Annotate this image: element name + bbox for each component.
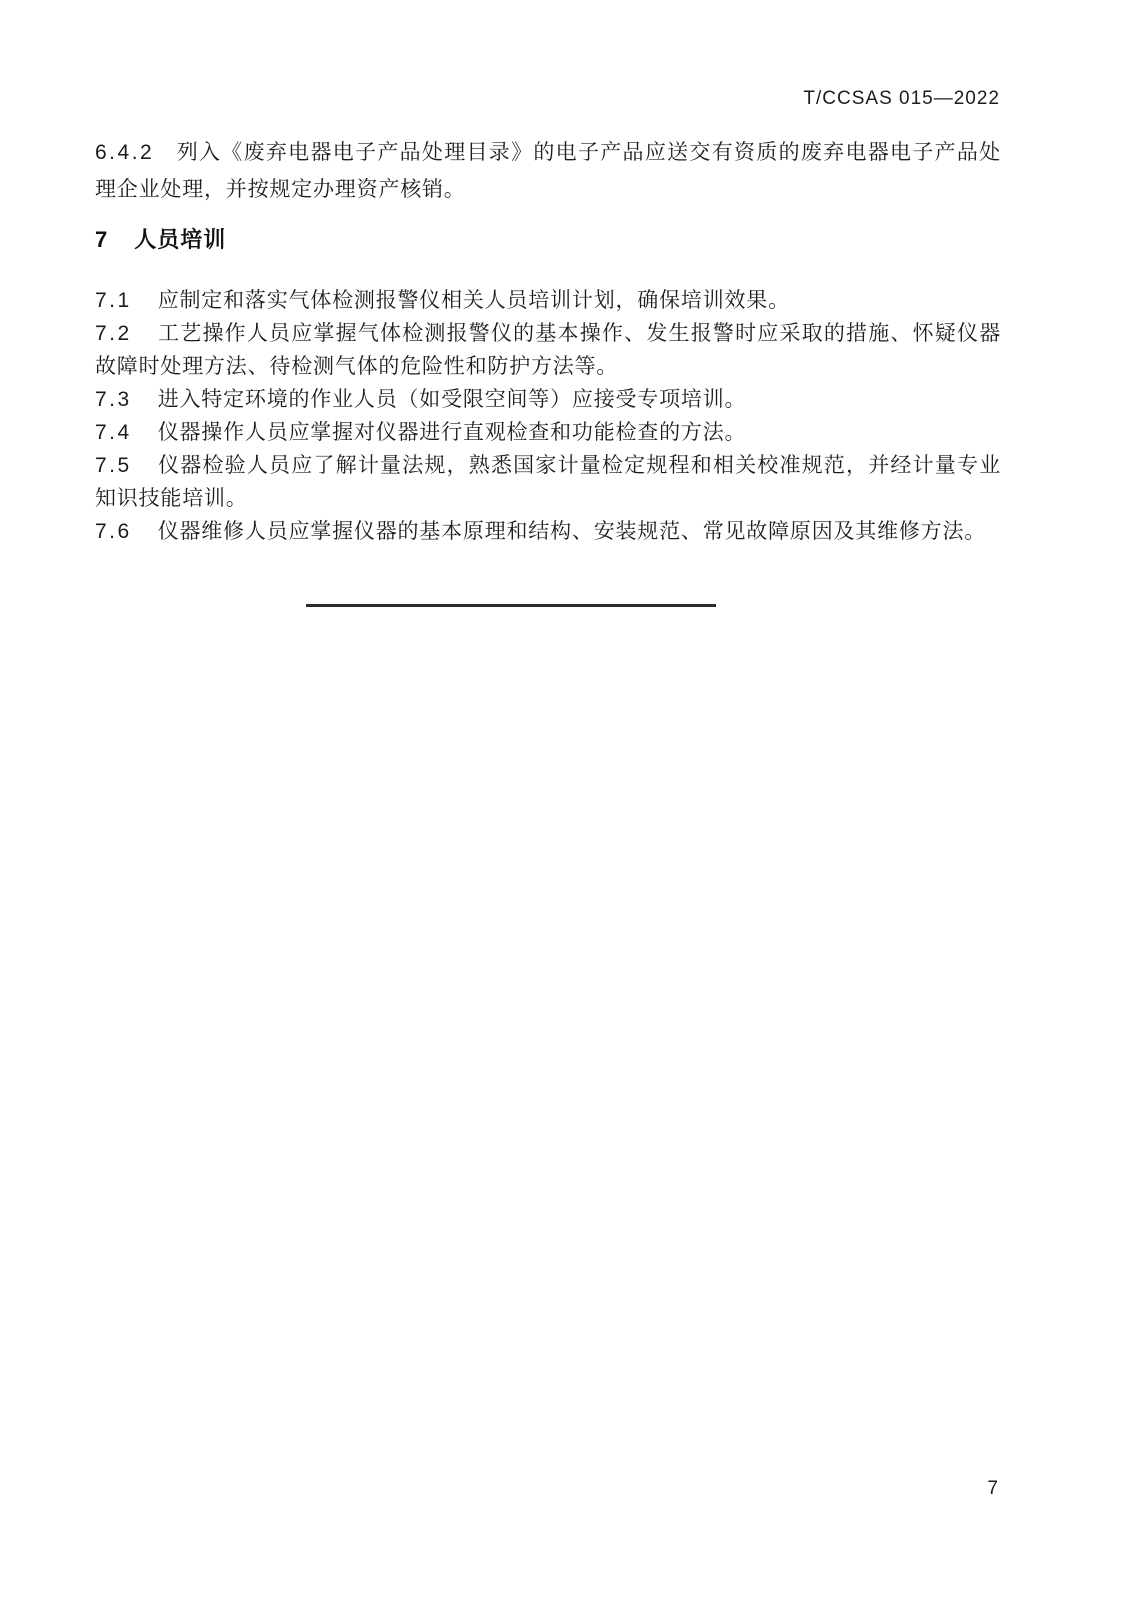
clause-7-5-number: 7.5 [95, 454, 132, 477]
clause-7-1: 7.1应制定和落实气体检测报警仪相关人员培训计划，确保培训效果。 [95, 284, 1001, 317]
clause-7-4-text: 仪器操作人员应掌握对仪器进行直观检查和功能检查的方法。 [158, 420, 747, 444]
clause-7-2-number: 7.2 [95, 322, 132, 345]
page-header: T/CCSAS 015—2022 [803, 88, 1000, 110]
section-7-title: 人员培训 [134, 227, 226, 252]
page-footer: 7 [987, 1478, 998, 1500]
section-7-number: 7 [95, 227, 108, 252]
clause-7-2: 7.2工艺操作人员应掌握气体检测报警仪的基本操作、发生报警时应采取的措施、怀疑仪… [95, 317, 1001, 383]
end-of-document-divider [306, 604, 716, 607]
document-code: T/CCSAS 015—2022 [803, 88, 1000, 109]
clause-7-4-number: 7.4 [95, 421, 132, 444]
clause-6-4-2-text: 列入《废弃电器电子产品处理目录》的电子产品应送交有资质的废弃电器电子产品处理企业… [95, 140, 1001, 201]
clause-6-4-2-number: 6.4.2 [95, 141, 154, 164]
document-page: T/CCSAS 015—2022 6.4.2列入《废弃电器电子产品处理目录》的电… [0, 0, 1131, 1600]
clause-7-6-text: 仪器维修人员应掌握仪器的基本原理和结构、安装规范、常见故障原因及其维修方法。 [158, 519, 986, 543]
section-7-clause-list: 7.1应制定和落实气体检测报警仪相关人员培训计划，确保培训效果。 7.2工艺操作… [95, 284, 1001, 548]
clause-7-4: 7.4仪器操作人员应掌握对仪器进行直观检查和功能检查的方法。 [95, 416, 1001, 449]
clause-7-2-text: 工艺操作人员应掌握气体检测报警仪的基本操作、发生报警时应采取的措施、怀疑仪器故障… [95, 321, 1001, 378]
section-7-heading: 7人员培训 [95, 224, 1001, 256]
page-number: 7 [987, 1478, 998, 1499]
clause-7-6: 7.6仪器维修人员应掌握仪器的基本原理和结构、安装规范、常见故障原因及其维修方法… [95, 515, 1001, 548]
clause-7-3: 7.3进入特定环境的作业人员（如受限空间等）应接受专项培训。 [95, 383, 1001, 416]
clause-7-5: 7.5仪器检验人员应了解计量法规，熟悉国家计量检定规程和相关校准规范，并经计量专… [95, 449, 1001, 515]
clause-7-6-number: 7.6 [95, 520, 132, 543]
clause-7-3-text: 进入特定环境的作业人员（如受限空间等）应接受专项培训。 [158, 387, 747, 411]
clause-7-3-number: 7.3 [95, 388, 132, 411]
page-content: 6.4.2列入《废弃电器电子产品处理目录》的电子产品应送交有资质的废弃电器电子产… [95, 134, 1001, 607]
clause-7-5-text: 仪器检验人员应了解计量法规，熟悉国家计量检定规程和相关校准规范，并经计量专业知识… [95, 453, 1001, 510]
clause-6-4-2: 6.4.2列入《废弃电器电子产品处理目录》的电子产品应送交有资质的废弃电器电子产… [95, 134, 1001, 208]
clause-7-1-number: 7.1 [95, 289, 132, 312]
clause-7-1-text: 应制定和落实气体检测报警仪相关人员培训计划，确保培训效果。 [158, 288, 790, 312]
